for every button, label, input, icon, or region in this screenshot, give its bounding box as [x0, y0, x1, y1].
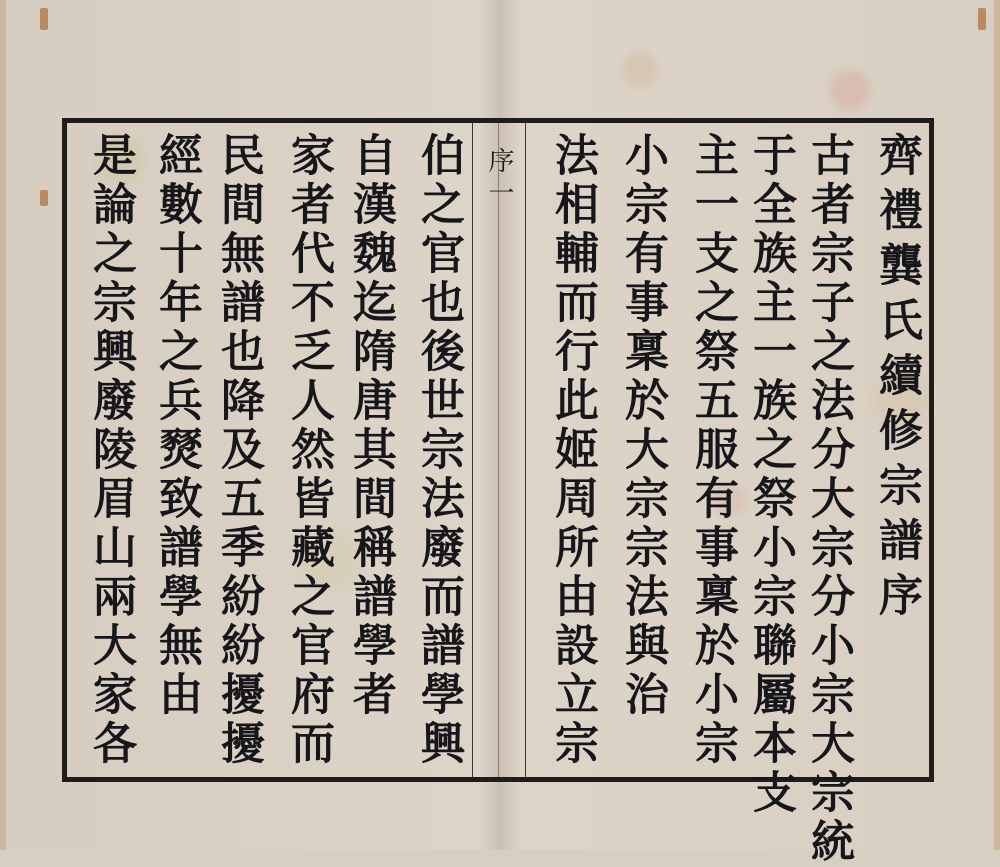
text-column: 是論之宗興廢陵眉山兩大家各 [80, 132, 140, 772]
text-column: 于全族主一族之祭小宗聯屬本支 [740, 132, 800, 772]
center-margin: 序一 [472, 123, 526, 777]
text-column: 家者代不乏人然皆藏之官府而 [278, 132, 338, 772]
text-column: 伯之官也後世宗法廢而譜學興 [408, 132, 468, 772]
text-column: 法相輔而行此姬周所由設立宗 [542, 132, 602, 772]
text-column: 經數十年之兵燹致譜學無由 [146, 132, 206, 772]
fold-line [498, 123, 499, 777]
center-margin-label: 序一 [473, 147, 525, 211]
book-spread: 序一 齊禮龔氏續修宗譜序 古者宗子之法分大宗分小宗大宗統 于全族主一族之祭小宗聯… [0, 0, 1000, 850]
text-column: 小宗有事稟於大宗宗法與治 [612, 132, 672, 772]
preface-title-column: 齊禮龔氏續修宗譜序 [866, 132, 926, 772]
right-page-edge [994, 0, 1000, 850]
paper-tab-mark [978, 8, 986, 30]
paper-tab-mark [40, 8, 48, 30]
text-column: 古者宗子之法分大宗分小宗大宗統 [798, 132, 858, 772]
paper-tab-mark [40, 190, 48, 206]
text-column: 自漢魏迄隋唐其間稱譜學者 [340, 132, 400, 772]
text-column: 主一支之祭五服有事稟於小宗 [682, 132, 742, 772]
text-column: 民間無譜也降及五季紛紛擾擾 [208, 132, 268, 772]
left-page-edge [0, 0, 6, 850]
